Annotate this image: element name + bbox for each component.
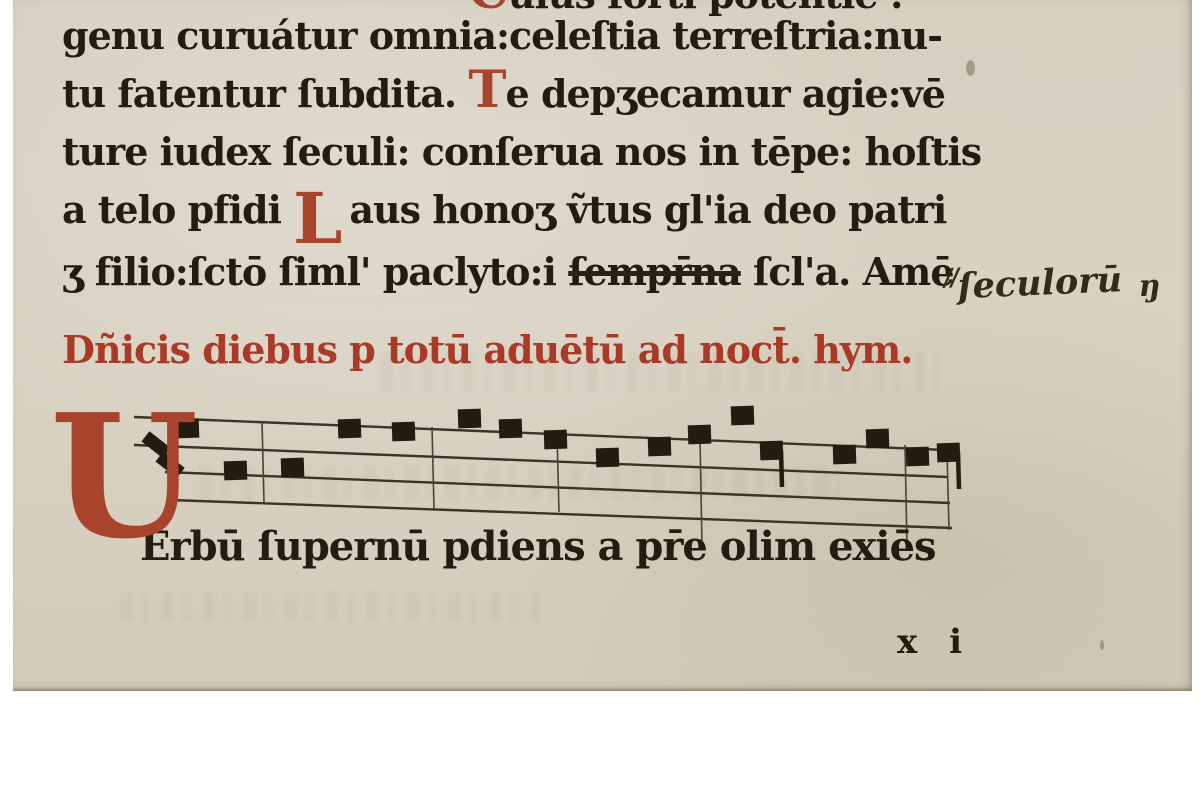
- text-line-4: a telo pfidiLaus honoʒ ṽtus gl'ia deo p…: [62, 188, 946, 232]
- quire-signature: x i: [897, 622, 972, 662]
- text-segment: aus honoʒ ṽtus gl'ia deo patri: [349, 187, 946, 232]
- margin-annotation: //ſeculorūŋ: [943, 253, 1161, 313]
- lombardic-initial: L: [293, 177, 341, 260]
- caret-mark: //: [943, 262, 958, 292]
- text-segment: ſempr̄na: [568, 249, 741, 294]
- text-segment: ſcl'a. Amē: [741, 249, 954, 294]
- ink-speck: [1100, 640, 1104, 650]
- text-line-3: ture iudex ſeculi: conſerua nos in tēpe:…: [62, 130, 981, 174]
- text-segment: genu curuátur omnia:celeſtia terreſtria:…: [62, 13, 942, 58]
- text-line-1: genu curuátur omnia:celeſtia terreſtria:…: [62, 14, 942, 58]
- margin-annotation-text: ſeculorū: [957, 259, 1123, 307]
- text-segment: e depʒecamur agie:vē: [506, 71, 945, 116]
- annotation-flourish: ŋ: [1138, 268, 1161, 304]
- text-segment: ture iudex ſeculi: conſerua nos in tēpe:…: [62, 129, 981, 174]
- text-line-5: ʒ filio:ſctō ſiml' paclyto:i ſempr̄na ſc…: [62, 250, 954, 294]
- text-segment: Dñicis diebus p totū aduētū ad noct̄. hy…: [62, 327, 912, 372]
- text-line-2: tu fatentur ſubdita. Te depʒecamur agie:…: [62, 72, 945, 116]
- text-segment: Erbū ſupernū pdiens a pr̄e olim exiēs: [140, 523, 936, 570]
- rubric-line: Dñicis diebus p totū aduētū ad noct̄. hy…: [62, 328, 912, 372]
- ink-speck: [966, 60, 975, 76]
- text-segment: a telo pfidi: [62, 187, 281, 232]
- text-segment: ʒ filio:ſctō ſiml' paclyto:i: [62, 249, 568, 294]
- text-segment: tu fatentur ſubdita.: [62, 71, 468, 116]
- lombardic-initial: T: [468, 60, 505, 120]
- scanned-page-photo: Cuius forti potentie :genu curuátur omni…: [0, 0, 1200, 800]
- illuminated-initial-V: U: [50, 392, 194, 562]
- hymn-text-line: Erbū ſupernū pdiens a pr̄e olim exiēs: [140, 524, 936, 570]
